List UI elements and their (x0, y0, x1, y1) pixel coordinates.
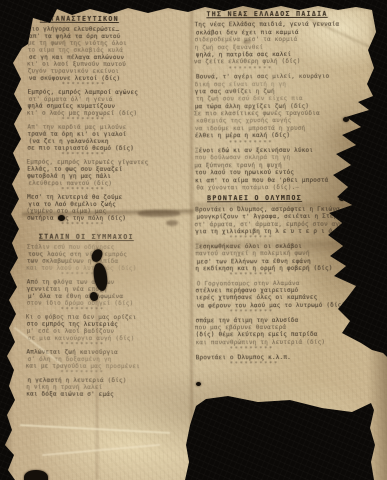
stanza-separator: ********* (28, 82, 192, 90)
stanza-separator: ********* (195, 272, 373, 280)
lyric-line: Εμπρός, εμπρός λυτρωτές γίγαντες (26, 159, 190, 167)
paper-hole (58, 215, 65, 221)
lyric-line: στ' άρματα όλ' η γενιά (29, 96, 193, 103)
paper-hole (90, 292, 98, 301)
paper-hole (196, 382, 201, 386)
song-title: ΜΕΤΑΝΑΣΤΕΥΤΙΚΟΝ (40, 15, 192, 24)
lyric-line: τη ζωή σου εσύ δεν είχες πια (196, 95, 374, 103)
lyric-line: στ' άρματα, στ' άρματα, εμπρός στον αγών… (194, 220, 372, 228)
lyric-line: Απ' την καρδιά μας μιλούνε (27, 124, 191, 132)
paper-hole (356, 287, 363, 293)
lyric-line: δική σας είναι αυτή η γη (195, 80, 373, 88)
document-paper: ΜΕΤΑΝΑΣΤΕΥΤΙΚΟΝΠιο γλήγορα ελευθερώστε…α… (0, 0, 387, 480)
lyric-line: του λαού του ηρωικού εντός (195, 169, 373, 177)
paper-hole (24, 470, 48, 480)
lyric-line: Ο Γοργοπόταμος στην Αλαμάνα (197, 279, 375, 287)
lyric-line: ιερές χτυπήσανε όλες οι καμπάνες (195, 294, 373, 302)
right-column: ΤΗΣ ΝΕΑΣ ΕΛΛΑΔΟΣ ΠΑΙΔΙΑΤης νέας Ελλάδας … (194, 7, 373, 369)
paper-hole (343, 117, 349, 122)
lyric-line: (να ζει η γαλανόλευκη (28, 138, 192, 145)
lyric-line: η νίκη η τρανή λαλεί (26, 384, 190, 392)
lyric-line: και δόξα αιώνια σ' εμάς (26, 391, 190, 399)
lyric-line: θα χύνονται ποτάμια (δίς).— (196, 183, 374, 191)
lyric-line: που μας εβάρυνε θανατερά (195, 324, 373, 332)
ink-smudge (138, 210, 180, 217)
lyric-line: παντού αντηχεί η πολεμική φωνή (195, 250, 373, 258)
paper-hole (346, 308, 355, 315)
ink-smudge (243, 40, 251, 44)
stanza-separator: ********* (27, 187, 191, 195)
stanza-separator: ********* (27, 272, 191, 280)
paper-hole (339, 196, 345, 201)
song-title: ΒΡΟΝΤΑΕΙ Ο ΟΛΥΜΠΟΣ (207, 195, 373, 203)
lyric-line: μα ξύπνησε τρανή η ψυχή (194, 162, 372, 170)
stanza-separator: ********* (196, 346, 374, 354)
lyric-line: τους λαούς στη νίκη εμπρός (28, 251, 192, 258)
photo-background: ΜΕΤΑΝΑΣΤΕΥΤΙΚΟΝΠιο γλήγορα ελευθερώστε…α… (0, 0, 387, 480)
stanza-separator: ********* (195, 139, 373, 147)
lyric-line: μεσ' των Ελλήνων τα έθνη εφάνη (196, 257, 374, 265)
stanza-separator: ********* (195, 235, 373, 243)
ink-smudge (166, 220, 178, 226)
stanza-separator: ********* (26, 342, 190, 350)
lyric-line: να ιδούμε και μπροστά η χρυσή (195, 125, 373, 133)
song-title: ΤΗΣ ΝΕΑΣ ΕΛΛΑΔΟΣ ΠΑΙΔΙΑ (206, 11, 372, 19)
left-column: ΜΕΤΑΝΑΣΤΕΥΤΙΚΟΝΠιο γλήγορα ελευθερώστε…α… (26, 11, 192, 399)
stanza-separator: ********* (195, 309, 373, 317)
song-title: ΣΤΑΛΙΝ ΟΙ ΣΥΜΜΑΧΟΙ (39, 233, 191, 242)
stanza-separator: ********** (196, 361, 374, 369)
lyric-line: Κι ο φόβος πια δεν μας ορίζει (26, 314, 190, 322)
